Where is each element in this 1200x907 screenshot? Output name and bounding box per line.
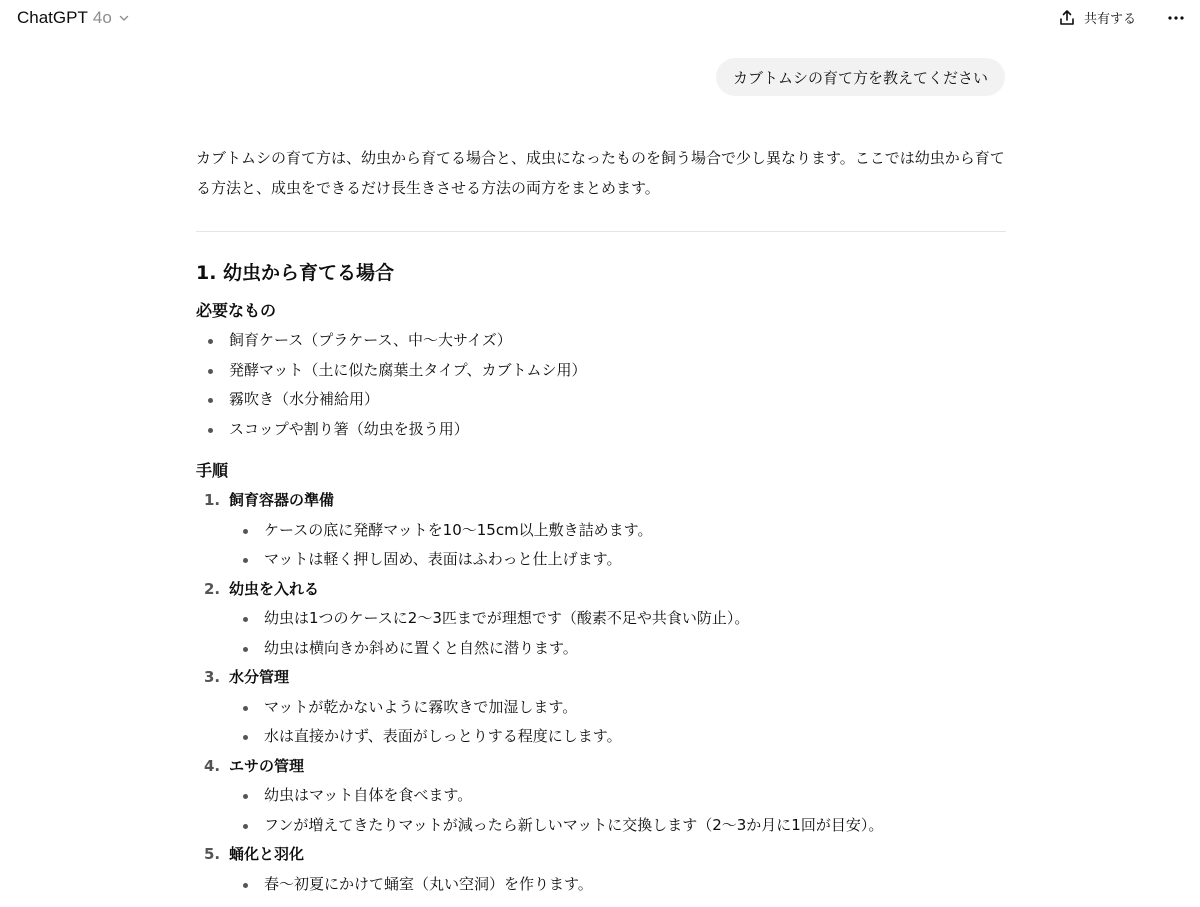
- section-heading: 1. 幼虫から育てる場合: [196, 258, 1006, 288]
- model-version: 4o: [93, 8, 112, 28]
- step-item: 5.蛹化と羽化 春〜初夏にかけて蛹室（丸い空洞）を作ります。: [196, 840, 1006, 899]
- needs-list: 飼育ケース（プラケース、中〜大サイズ） 発酵マット（土に似た腐葉土タイプ、カブト…: [196, 326, 1006, 444]
- list-item: マットは軽く押し固め、表面はふわっと仕上げます。: [231, 545, 1006, 575]
- step-number: 5.: [204, 840, 229, 870]
- list-item: フンが増えてきたりマットが減ったら新しいマットに交換します（2〜3か月に1回が目…: [231, 811, 1006, 841]
- list-item: 水は直接かけず、表面がしっとりする程度にします。: [231, 722, 1006, 752]
- list-item: 幼虫はマット自体を食べます。: [231, 781, 1006, 811]
- assistant-message: カブトムシの育て方は、幼虫から育てる場合と、成虫になったものを飼う場合で少し異な…: [196, 143, 1006, 899]
- share-icon: [1058, 9, 1076, 27]
- list-item: 幼虫は1つのケースに2〜3匹までが理想です（酸素不足や共食い防止）。: [231, 604, 1006, 634]
- step-item: 1.飼育容器の準備 ケースの底に発酵マットを10〜15cm以上敷き詰めます。 マ…: [196, 486, 1006, 575]
- list-item: マットが乾かないように霧吹きで加湿します。: [231, 693, 1006, 723]
- divider: [196, 231, 1006, 232]
- list-item: ケースの底に発酵マットを10〜15cm以上敷き詰めます。: [231, 516, 1006, 546]
- steps-heading: 手順: [196, 456, 1006, 486]
- step-number: 2.: [204, 575, 229, 605]
- step-item: 2.幼虫を入れる 幼虫は1つのケースに2〜3匹までが理想です（酸素不足や共食い防…: [196, 575, 1006, 664]
- list-item: スコップや割り箸（幼虫を扱う用）: [196, 415, 1006, 445]
- step-item: 4.エサの管理 幼虫はマット自体を食べます。 フンが増えてきたりマットが減ったら…: [196, 752, 1006, 841]
- list-item: 発酵マット（土に似た腐葉土タイプ、カブトムシ用）: [196, 356, 1006, 386]
- list-item: 春〜初夏にかけて蛹室（丸い空洞）を作ります。: [231, 870, 1006, 900]
- needs-heading: 必要なもの: [196, 296, 1006, 326]
- step-number: 3.: [204, 663, 229, 693]
- step-title: エサの管理: [229, 752, 304, 782]
- chevron-down-icon: [118, 12, 130, 24]
- share-button[interactable]: 共有する: [1058, 8, 1136, 27]
- step-title: 幼虫を入れる: [229, 575, 319, 605]
- list-item: 幼虫は横向きか斜めに置くと自然に潜ります。: [231, 634, 1006, 664]
- step-item: 3.水分管理 マットが乾かないように霧吹きで加湿します。 水は直接かけず、表面が…: [196, 663, 1006, 752]
- step-number: 4.: [204, 752, 229, 782]
- list-item: 飼育ケース（プラケース、中〜大サイズ）: [196, 326, 1006, 356]
- intro-paragraph: カブトムシの育て方は、幼虫から育てる場合と、成虫になったものを飼う場合で少し異な…: [196, 143, 1006, 203]
- more-options-button[interactable]: [1166, 8, 1186, 28]
- step-title: 蛹化と羽化: [229, 840, 304, 870]
- step-title: 飼育容器の準備: [229, 486, 334, 516]
- step-number: 1.: [204, 486, 229, 516]
- ellipsis-icon: [1167, 15, 1185, 21]
- model-selector[interactable]: ChatGPT 4o: [17, 8, 130, 28]
- list-item: 霧吹き（水分補給用）: [196, 385, 1006, 415]
- share-label: 共有する: [1084, 8, 1136, 27]
- app-name: ChatGPT: [17, 8, 88, 28]
- steps-list: 1.飼育容器の準備 ケースの底に発酵マットを10〜15cm以上敷き詰めます。 マ…: [196, 486, 1006, 899]
- user-message: カブトムシの育て方を教えてください: [716, 58, 1005, 96]
- step-title: 水分管理: [229, 663, 289, 693]
- top-bar: ChatGPT 4o 共有する: [0, 0, 1200, 38]
